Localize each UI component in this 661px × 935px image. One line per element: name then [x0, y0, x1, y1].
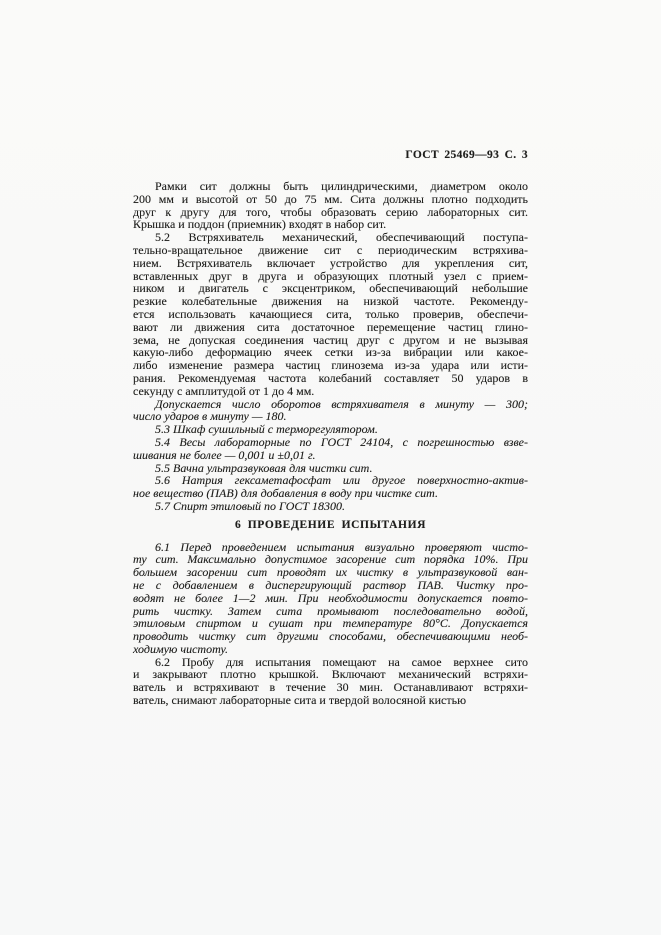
text-column: ГОСТ 25469—93 С. 3 Рамки сит должны быть… — [133, 149, 528, 707]
para-6-2-procedure: 6.2 Пробу для испытания помещают на само… — [133, 656, 528, 707]
text-line: нием. Встряхиватель включает устройство … — [133, 257, 528, 270]
para-5-4-scales: 5.4 Весы лабораторные по ГОСТ 24104, с п… — [133, 436, 528, 462]
text-line: проводить чистку сит другими способами, … — [133, 630, 528, 643]
text-line: тельно-вращательное движение сит с перио… — [133, 244, 528, 257]
page-header-gost-number: ГОСТ 25469—93 С. 3 — [133, 149, 528, 162]
text-line: вают ли движения сита достаточное переме… — [133, 321, 528, 334]
para-5-6-surfactant: 5.6 Натрия гексаметафосфат или другое по… — [133, 474, 528, 500]
text-line: 5.7 Спирт этиловый по ГОСТ 18300. — [133, 500, 528, 513]
para-5-7-spirit: 5.7 Спирт этиловый по ГОСТ 18300. — [133, 500, 528, 513]
text-line: ходимую чистоту. — [133, 643, 528, 656]
para-6-1-cleanliness: 6.1 Перед проведением испытания визуальн… — [133, 541, 528, 656]
text-line: ется использовать качающиеся сита, тольк… — [133, 308, 528, 321]
para-5-2-shaker: 5.2 Встряхиватель механический, обеспечи… — [133, 231, 528, 397]
scanned-document-page: ГОСТ 25469—93 С. 3 Рамки сит должны быть… — [0, 0, 661, 935]
text-line: 6 ПРОВЕДЕНИЕ ИСПЫТАНИЯ — [133, 519, 528, 532]
text-line: 200 мм и высотой от 50 до 75 мм. Сита до… — [133, 193, 528, 206]
para-rpm-note: Допускается число оборотов встряхивателя… — [133, 398, 528, 424]
text-line: Рамки сит должны быть цилиндрическими, д… — [133, 180, 528, 193]
text-line: секунду с амплитудой от 1 до 4 мм. — [133, 385, 528, 398]
text-line: рания. Рекомендуемая частота колебаний с… — [133, 372, 528, 385]
text-line: ватель, снимают лабораторные сита и твер… — [133, 694, 528, 707]
text-line: водят не более 1—2 мин. При необходимост… — [133, 592, 528, 605]
section-heading-6: 6 ПРОВЕДЕНИЕ ИСПЫТАНИЯ — [133, 519, 528, 532]
text-line: не с добавлением в диспергирующий раство… — [133, 579, 528, 592]
text-line: 5.4 Весы лабораторные по ГОСТ 24104, с п… — [133, 436, 528, 449]
document-body: Рамки сит должны быть цилиндрическими, д… — [133, 180, 528, 707]
text-line: большем засорении сит проводят их чистку… — [133, 566, 528, 579]
text-line: ное вещество (ПАВ) для добавления в воду… — [133, 487, 528, 500]
para-sieve-frames: Рамки сит должны быть цилиндрическими, д… — [133, 180, 528, 231]
text-line: шивания не более — 0,001 и ±0,01 г. — [133, 449, 528, 462]
